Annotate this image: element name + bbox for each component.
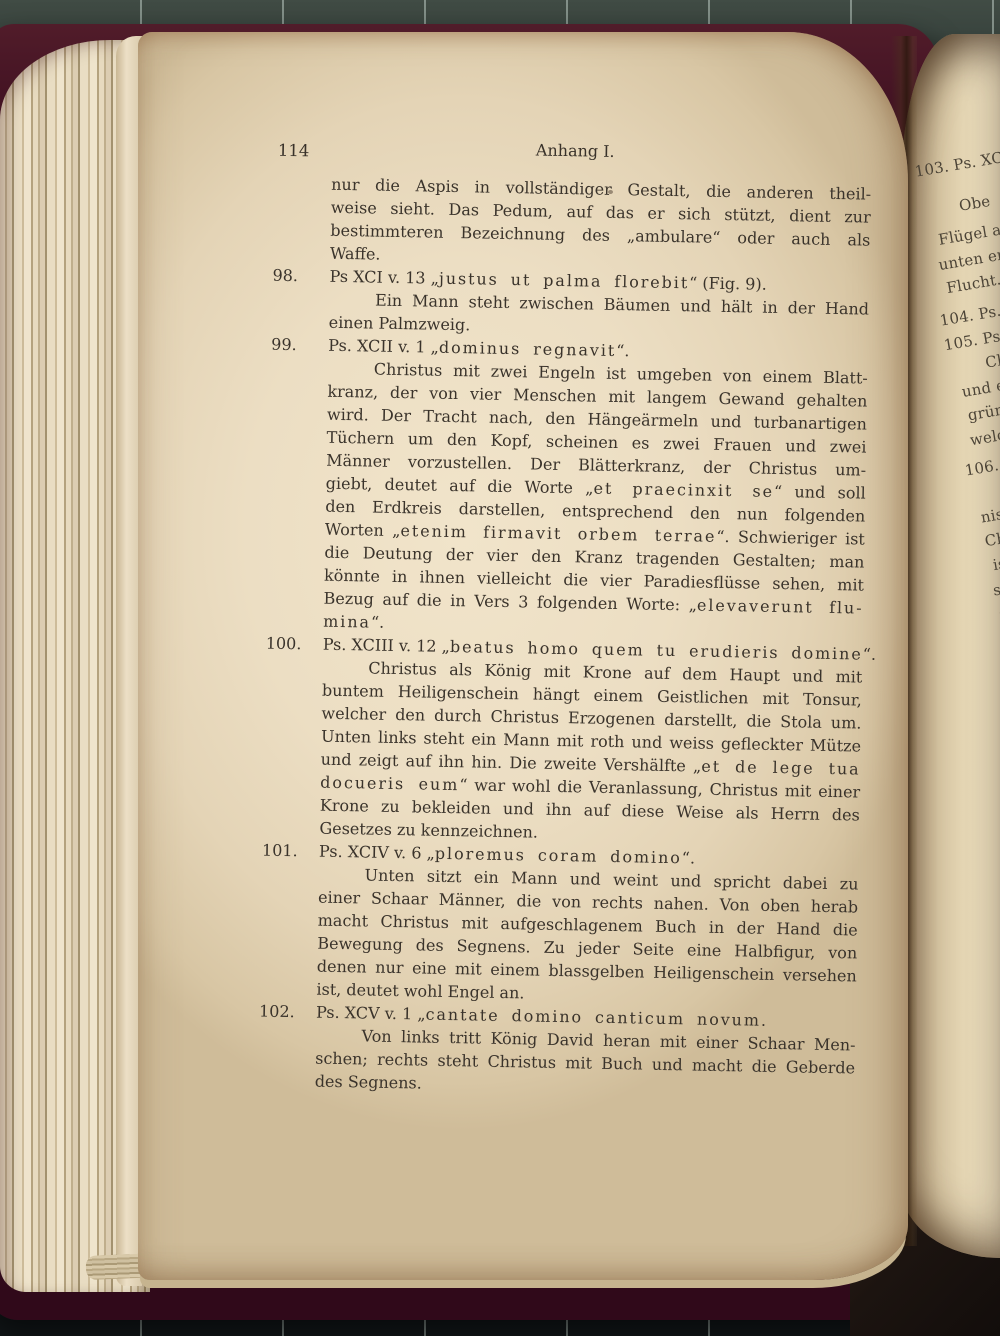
letterspaced-quote: ploremus coram domino bbox=[435, 844, 682, 868]
right-page-text: 103. Ps. XCVIObeFlügel aunten erFlucht.1… bbox=[913, 120, 1000, 1141]
entry-number: 98. bbox=[272, 264, 329, 288]
letterspaced-quote: docueris eum bbox=[320, 773, 459, 795]
left-page: 114 Anhang I. nur die Aspis in vollständ… bbox=[138, 32, 908, 1280]
running-header: Anhang I. bbox=[536, 140, 615, 160]
letterspaced-quote: justus ut palma florebit bbox=[439, 269, 690, 293]
letterspaced-quote: dominus regnavit bbox=[439, 338, 617, 360]
page-number: 114 bbox=[278, 141, 310, 161]
letterspaced-quote: et praecinxit se bbox=[593, 479, 774, 501]
entry-number: 101. bbox=[262, 839, 319, 863]
body-text: nur die Aspis in vollständiger Gestalt, … bbox=[315, 173, 872, 1103]
letterspaced-quote: et de lege tua bbox=[701, 757, 861, 779]
entry-number: 99. bbox=[271, 333, 328, 357]
book-photograph: 103. Ps. XCVIObeFlügel aunten erFlucht.1… bbox=[0, 0, 1000, 1336]
entry-number: 100. bbox=[266, 632, 323, 656]
letterspaced-quote: elevaverunt flu- bbox=[697, 596, 864, 618]
letterspaced-quote: mina bbox=[323, 612, 371, 632]
entry-number: 102. bbox=[259, 1000, 316, 1024]
paper-speck bbox=[608, 190, 613, 194]
text-line: 103. Ps. XCVI bbox=[913, 120, 1000, 184]
left-page-content: 114 Anhang I. nur die Aspis in vollständ… bbox=[138, 30, 908, 44]
